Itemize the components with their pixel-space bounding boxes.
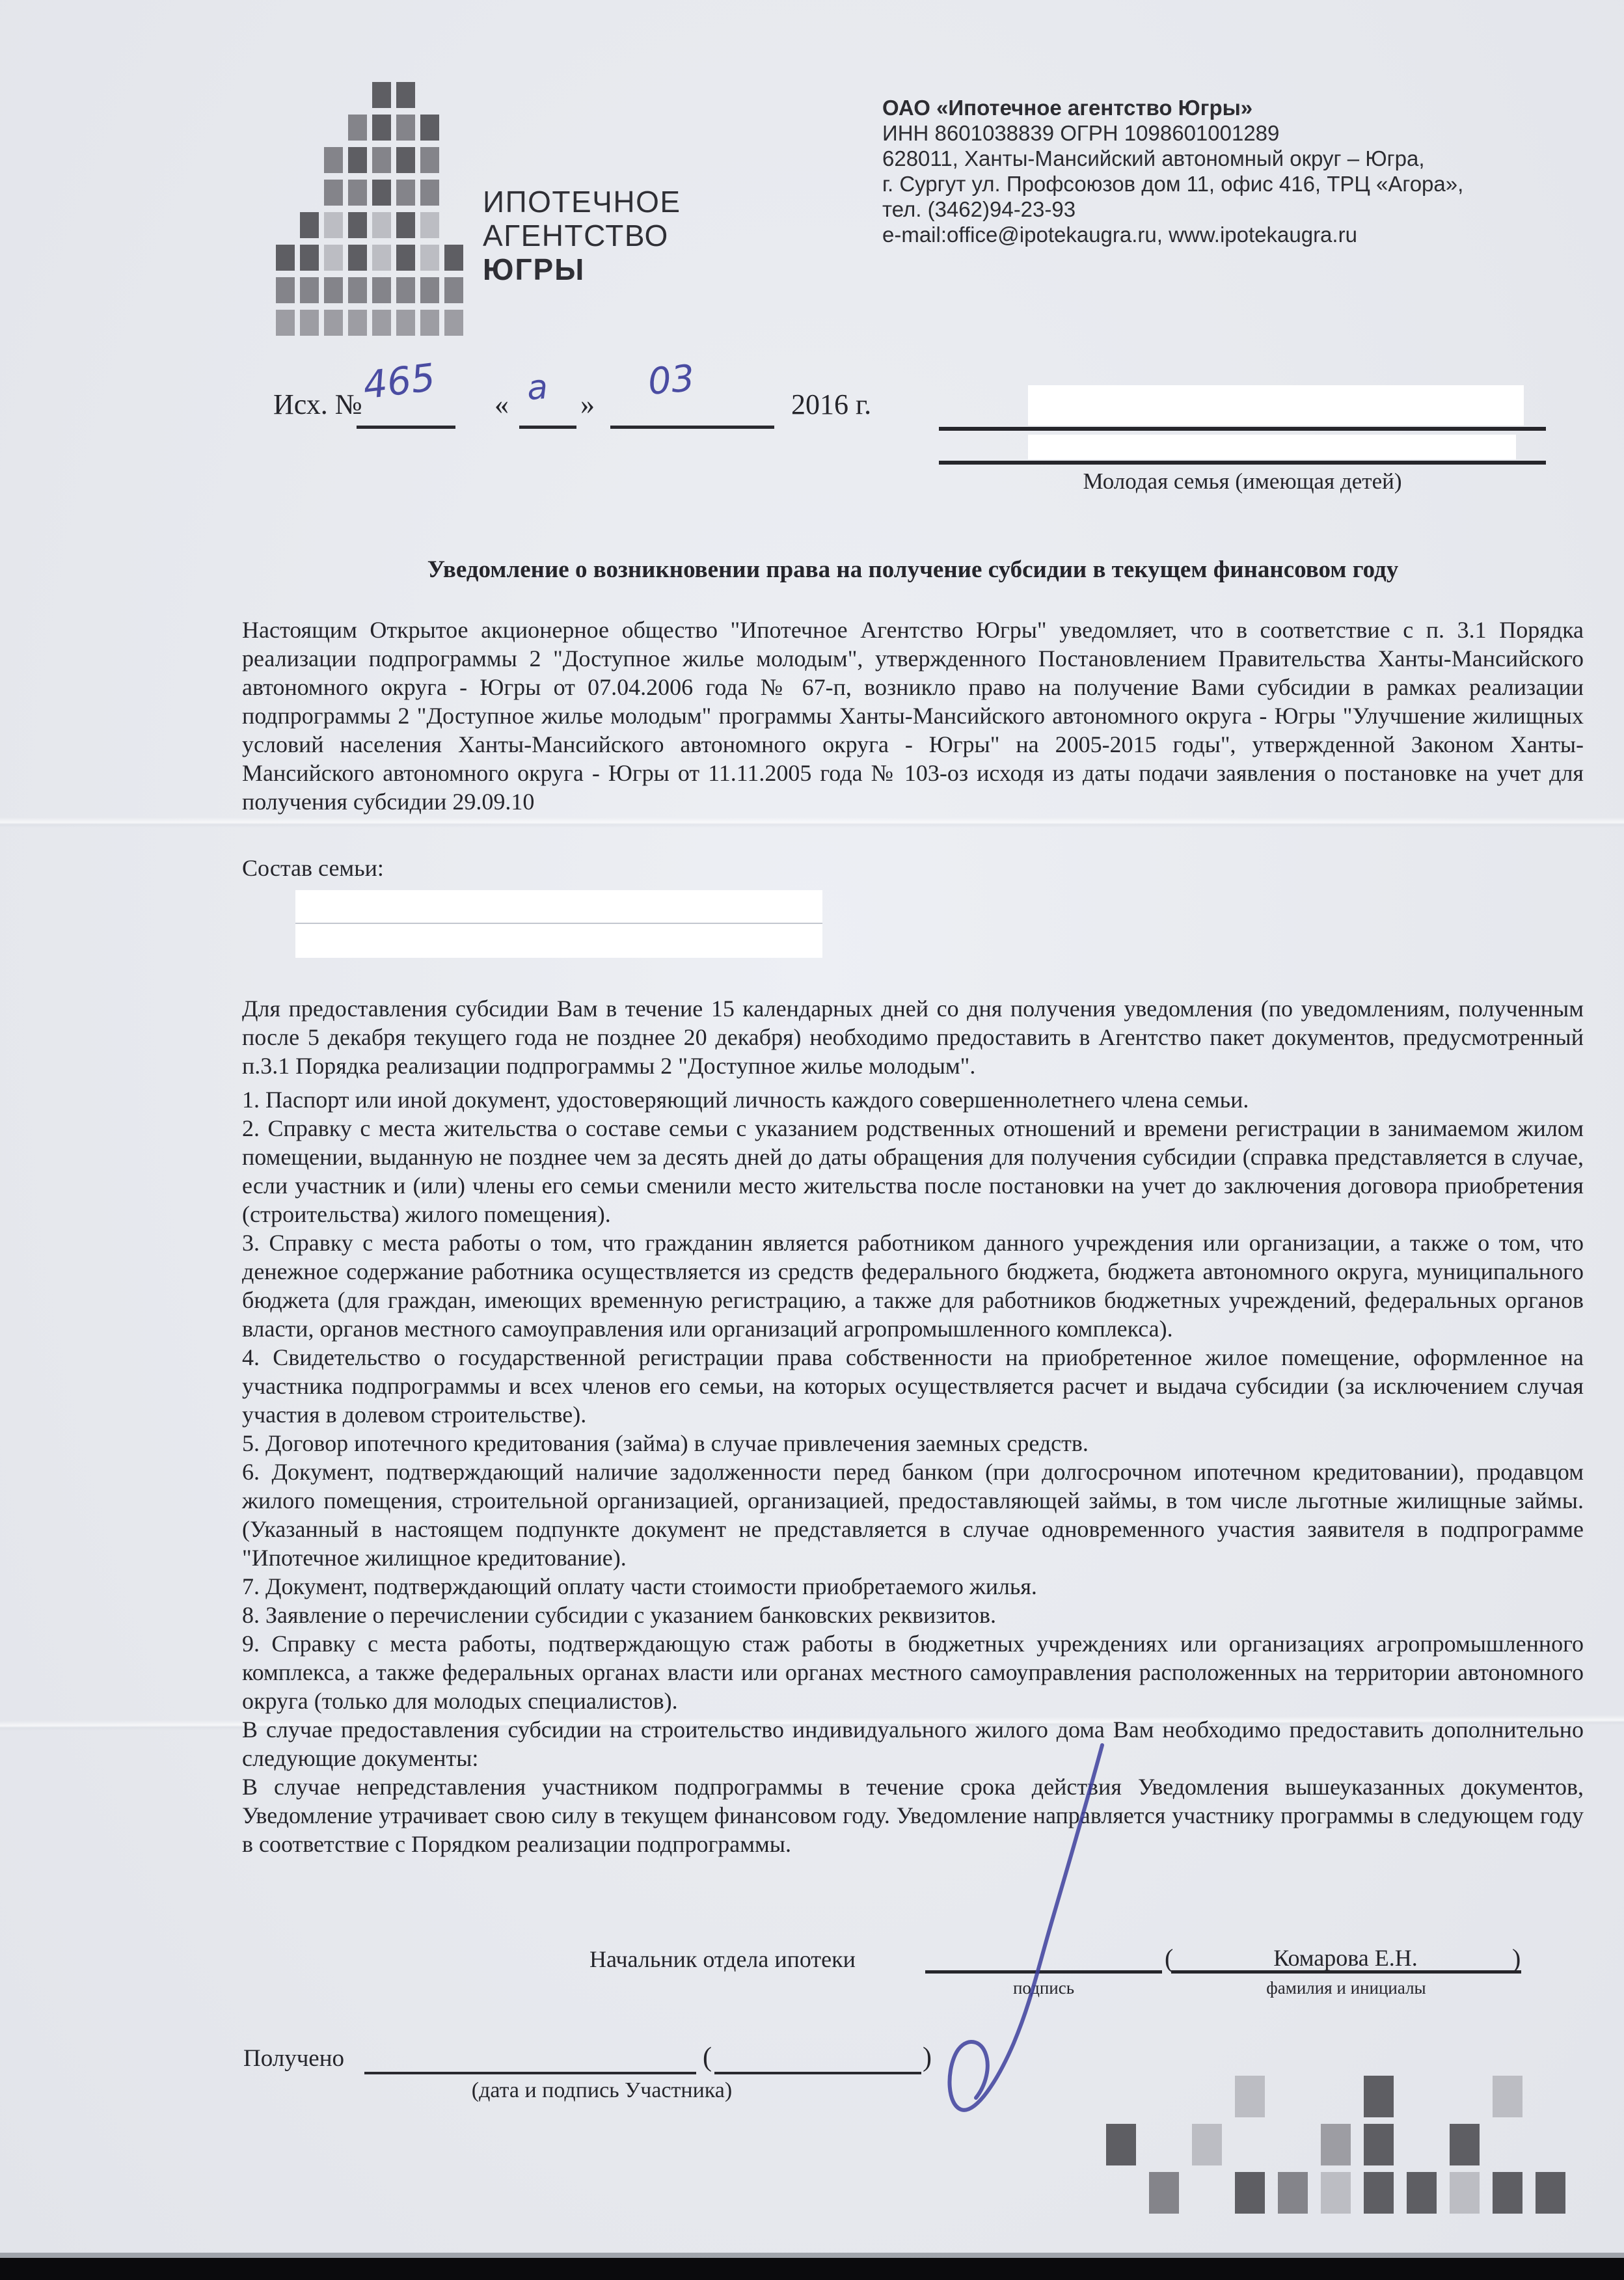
- skyline-pixel: [1321, 2172, 1351, 2214]
- list-item: 6. Документ, подтверждающий наличие задо…: [242, 1458, 1584, 1572]
- pixel-building-logo-icon: [276, 82, 478, 345]
- logo-pixel: [420, 115, 439, 141]
- logo-pixel: [444, 277, 463, 303]
- ref-label: Исх. №: [273, 388, 362, 421]
- company-address-line: 628011, Ханты-Мансийский автономный окру…: [882, 146, 1463, 171]
- scan-edge-bar: [0, 2258, 1624, 2280]
- logo-pixel: [348, 180, 367, 206]
- skyline-pixel: [1106, 2124, 1136, 2165]
- logo-pixel: [300, 245, 319, 271]
- ref-year: 2016 г.: [791, 388, 871, 421]
- ref-number-underline: [357, 426, 455, 429]
- logo-pixel: [372, 180, 391, 206]
- logo-pixel: [372, 212, 391, 238]
- addressee-caption: Молодая семья (имеющая детей): [939, 468, 1546, 495]
- logo-pixel: [324, 245, 343, 271]
- ref-month-handwritten: 03: [646, 357, 696, 403]
- company-inn-ogrn: ИНН 8601038839 ОГРН 1098601001289: [882, 120, 1463, 146]
- list-item: 5. Договор ипотечного кредитования (займ…: [242, 1429, 1584, 1458]
- logo-pixel: [420, 212, 439, 238]
- list-item: 9. Справку с места работы, подтверждающу…: [242, 1629, 1584, 1715]
- ref-quote-open: «: [494, 388, 509, 421]
- skyline-pixel: [1364, 2124, 1394, 2165]
- list-item: 4. Свидетельство о государственной регис…: [242, 1343, 1584, 1429]
- paragraph: Для предоставления субсидии Вам в течени…: [242, 994, 1584, 1080]
- logo-pixel: [420, 310, 439, 336]
- list-item: 1. Паспорт или иной документ, удостоверя…: [242, 1085, 1584, 1114]
- signature-line-caption: подпись: [925, 1978, 1162, 1998]
- paragraph: В случае непредставления участником подп…: [242, 1772, 1584, 1858]
- ref-number-handwritten: 465: [360, 355, 437, 408]
- signature-paren-close: ): [1512, 1943, 1521, 1974]
- list-item: 2. Справку с места жительства о составе …: [242, 1114, 1584, 1228]
- logo-pixel: [396, 180, 415, 206]
- signature-paren-open: (: [1165, 1943, 1173, 1974]
- addressee-line: [939, 461, 1546, 465]
- family-composition-label: Состав семьи:: [242, 854, 1584, 882]
- logo-pixel: [324, 147, 343, 173]
- logo-pixel: [324, 180, 343, 206]
- logo-pixel: [348, 115, 367, 141]
- logo-pixel: [420, 147, 439, 173]
- logo-pixel: [276, 310, 295, 336]
- logo-pixel: [348, 212, 367, 238]
- received-label: Получено: [243, 2044, 344, 2072]
- logo-pixel: [324, 212, 343, 238]
- skyline-pixel: [1364, 2076, 1394, 2117]
- company-address-line: г. Сургут ул. Профсоюзов дом 11, офис 41…: [882, 171, 1463, 197]
- logo-pixel: [396, 115, 415, 141]
- ref-month-underline: [610, 426, 774, 429]
- skyline-pixel: [1493, 2076, 1522, 2117]
- scanned-letter-page: ИПОТЕЧНОЕ АГЕНТСТВО ЮГРЫ ОАО «Ипотечное …: [0, 0, 1624, 2280]
- received-paren-close: ): [923, 2042, 932, 2073]
- skyline-pixel: [1536, 2172, 1565, 2214]
- skyline-pixel: [1364, 2172, 1394, 2214]
- logo-pixel: [372, 310, 391, 336]
- logo-pixel: [420, 245, 439, 271]
- logo-pixel: [348, 310, 367, 336]
- logo-wordmark: ИПОТЕЧНОЕ АГЕНТСТВО ЮГРЫ: [483, 185, 681, 286]
- skyline-pixel: [1450, 2172, 1480, 2214]
- company-email-web: e-mail:office@ipotekaugra.ru, www.ipotek…: [882, 222, 1463, 247]
- logo-pixel: [372, 147, 391, 173]
- addressee-line: [939, 427, 1546, 431]
- skyline-pixel: [1192, 2124, 1222, 2165]
- logo-pixel: [300, 277, 319, 303]
- logo-wordmark-line: ИПОТЕЧНОЕ: [483, 185, 681, 219]
- logo-pixel: [324, 310, 343, 336]
- logo-pixel: [276, 245, 295, 271]
- paragraph: Настоящим Открытое акционерное общество …: [242, 616, 1584, 816]
- logo-pixel: [396, 212, 415, 238]
- signer-name: Комарова Е.Н.: [1175, 1944, 1516, 1972]
- logo-pixel: [324, 277, 343, 303]
- skyline-pixel: [1235, 2172, 1265, 2214]
- scan-edge-shadow: [0, 2253, 1624, 2258]
- family-redaction-row: [295, 890, 822, 924]
- received-date-line: [364, 2072, 696, 2074]
- logo-pixel: [372, 115, 391, 141]
- addressee-redaction-box: [1028, 385, 1524, 426]
- logo-pixel: [300, 310, 319, 336]
- list-item: 8. Заявление о перечислении субсидии с у…: [242, 1601, 1584, 1629]
- logo-pixel: [372, 245, 391, 271]
- page-title: Уведомление о возникновении права на пол…: [242, 556, 1584, 584]
- ref-quote-close: »: [580, 388, 595, 421]
- ref-day-underline: [519, 426, 576, 429]
- logo-pixel: [348, 147, 367, 173]
- letter-body: Настоящим Открытое акционерное общество …: [242, 616, 1584, 1858]
- family-redaction-box: [295, 890, 822, 958]
- logo-pixel: [348, 245, 367, 271]
- company-details: ОАО «Ипотечное агентство Югры» ИНН 86010…: [882, 95, 1463, 247]
- skyline-pixel: [1450, 2124, 1480, 2165]
- skyline-pixel: [1493, 2172, 1522, 2214]
- received-paren-open: (: [703, 2042, 712, 2073]
- logo-pixel: [300, 212, 319, 238]
- skyline-pixel: [1149, 2172, 1179, 2214]
- logo-wordmark-line: АГЕНТСТВО: [483, 219, 681, 252]
- logo-pixel: [396, 245, 415, 271]
- skyline-pixel: [1278, 2172, 1308, 2214]
- list-item: 7. Документ, подтверждающий оплату части…: [242, 1572, 1584, 1601]
- logo-pixel: [444, 310, 463, 336]
- skyline-pixel: [1407, 2172, 1437, 2214]
- logo-pixel: [444, 245, 463, 271]
- logo-pixel: [420, 180, 439, 206]
- signer-name-line: [1171, 1970, 1521, 1974]
- logo-pixel: [276, 277, 295, 303]
- received-sign-line: [714, 2072, 921, 2074]
- signature-line: [925, 1970, 1162, 1974]
- logo-wordmark-line: ЮГРЫ: [483, 252, 681, 286]
- logo-pixel: [372, 82, 391, 108]
- logo-pixel: [396, 310, 415, 336]
- logo-pixel: [396, 147, 415, 173]
- signer-name-caption: фамилия и инициалы: [1171, 1978, 1521, 1998]
- logo-pixel: [420, 277, 439, 303]
- addressee-redaction-box: [1028, 435, 1516, 459]
- received-caption: (дата и подпись Участника): [364, 2078, 839, 2103]
- logo-pixel: [396, 82, 415, 108]
- logo-pixel: [396, 277, 415, 303]
- list-item: 3. Справку с места работы о том, что гра…: [242, 1228, 1584, 1343]
- skyline-pixel: [1321, 2124, 1351, 2165]
- logo-pixel: [372, 277, 391, 303]
- company-name: ОАО «Ипотечное агентство Югры»: [882, 95, 1463, 120]
- ref-day-handwritten: а: [526, 368, 549, 408]
- signer-position: Начальник отдела ипотеки: [589, 1946, 856, 1973]
- paragraph: В случае предоставления субсидии на стро…: [242, 1715, 1584, 1772]
- company-phone: тел. (3462)94-23-93: [882, 197, 1463, 222]
- skyline-pixel: [1235, 2076, 1265, 2117]
- logo-pixel: [348, 277, 367, 303]
